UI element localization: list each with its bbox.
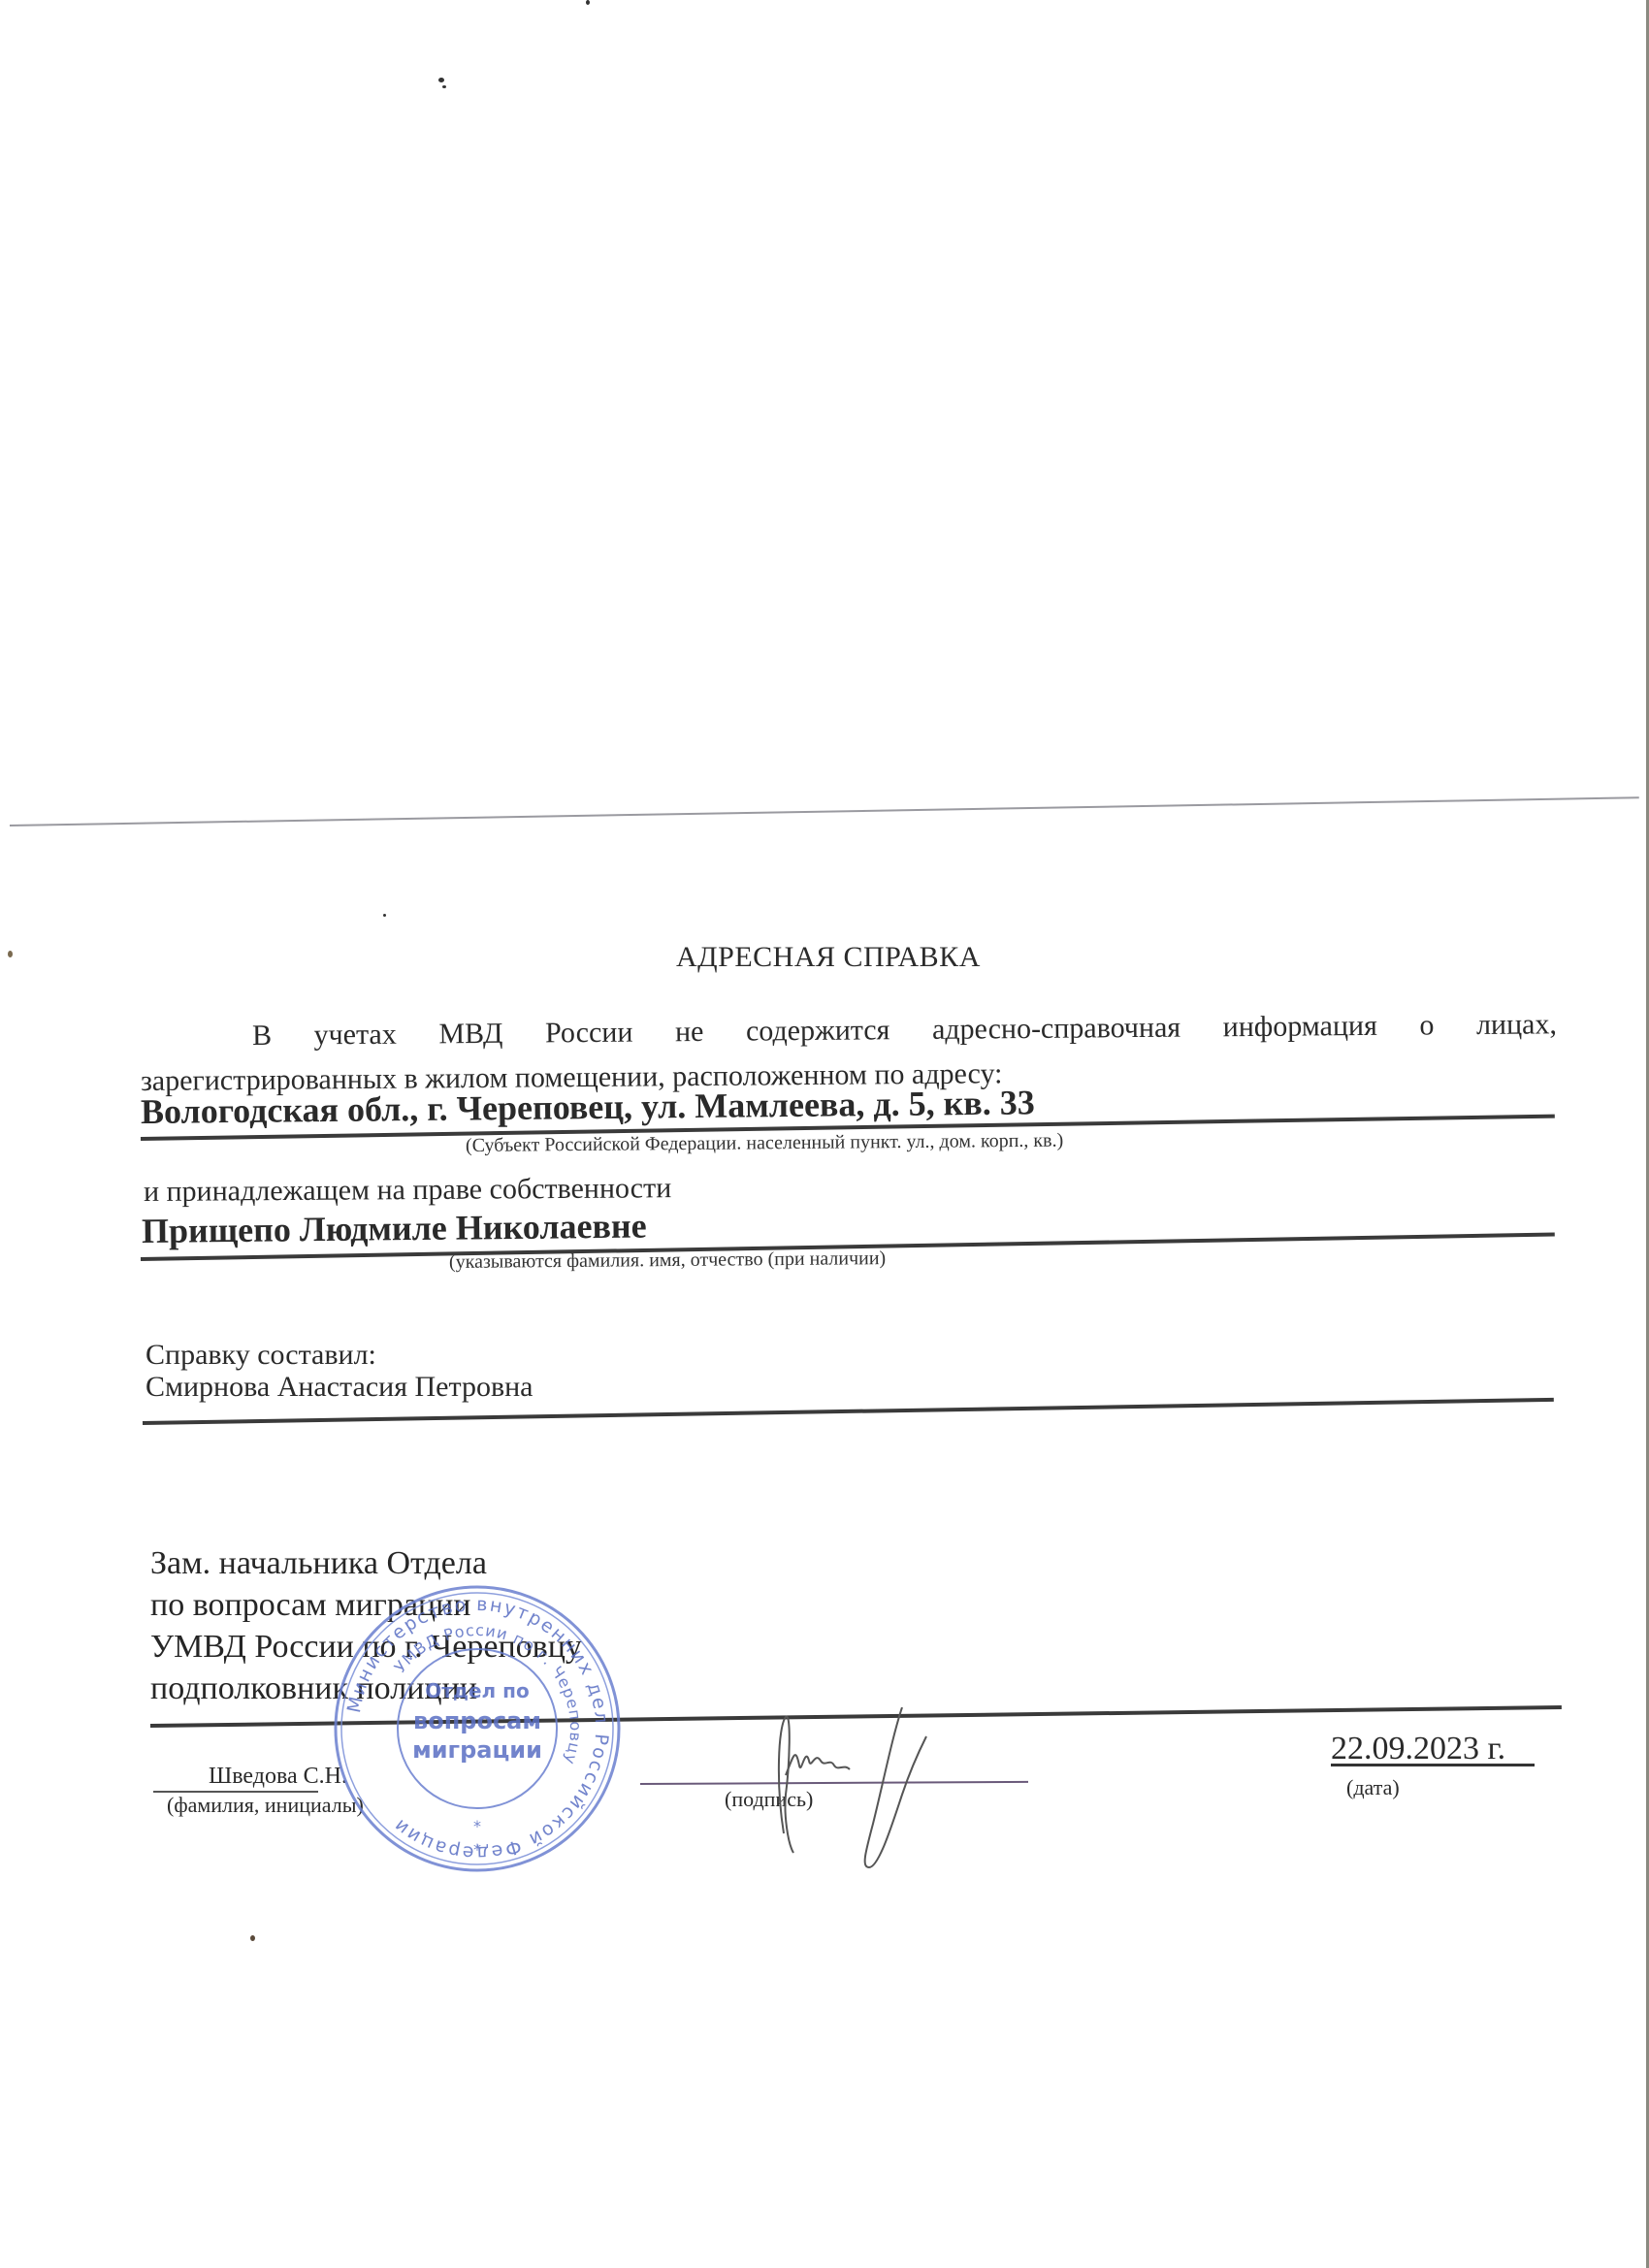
official-stamp-icon: Министерство внутренних дел Российской Ф… [332,1583,623,1874]
paragraph-word: содержится [746,1014,890,1048]
svg-text:Отдел по: Отдел по [425,1679,529,1702]
scan-speck [442,85,446,88]
paragraph-word: России [545,1017,633,1051]
paragraph-word: учетах [313,1019,396,1053]
paragraph-word: информация [1223,1010,1377,1044]
paragraph-word: лицах, [1476,1008,1557,1042]
signer-name: Шведова С.Н. [209,1764,347,1790]
handwritten-signature-icon [757,1707,951,1872]
address-hint: (Субъект Российской Федерации. населенны… [466,1130,1063,1157]
owner-hint: (указываются фамилия. имя, отчество (при… [449,1247,886,1274]
scan-speck [586,0,590,5]
paragraph-word: адресно-справочная [932,1012,1180,1047]
scan-speck [250,1935,255,1941]
date-hint: (дата) [1346,1775,1400,1800]
position-line: Зам. начальника Отдела [150,1542,582,1584]
scan-speck [438,78,444,82]
svg-text:*: * [473,1840,481,1859]
owner-name: Прищепо Людмиле Николаевне [142,1206,647,1251]
scan-speck [8,951,13,957]
date-value: 22.09.2023 г. [1331,1731,1505,1767]
paragraph-line-1: В учетах МВД России не содержится адресн… [141,1008,1557,1053]
compiled-by-name: Смирнова Анастасия Петровна [145,1371,533,1404]
svg-text:вопросам: вопросам [413,1707,541,1734]
compiled-by-label: Справку составил: [145,1339,376,1372]
svg-text:миграции: миграции [412,1736,542,1764]
paragraph-word: МВД [438,1018,502,1052]
document-title: АДРЕСНАЯ СПРАВКА [676,941,981,974]
ownership-label: и принадлежащем на праве собственности [144,1172,671,1209]
paragraph-word: не [675,1016,704,1049]
svg-text:*: * [473,1817,481,1835]
fold-line [10,796,1639,826]
paragraph-word: о [1419,1009,1434,1042]
scan-speck [383,914,386,917]
date-underline [1331,1764,1535,1766]
paragraph-word: В [252,1020,272,1053]
